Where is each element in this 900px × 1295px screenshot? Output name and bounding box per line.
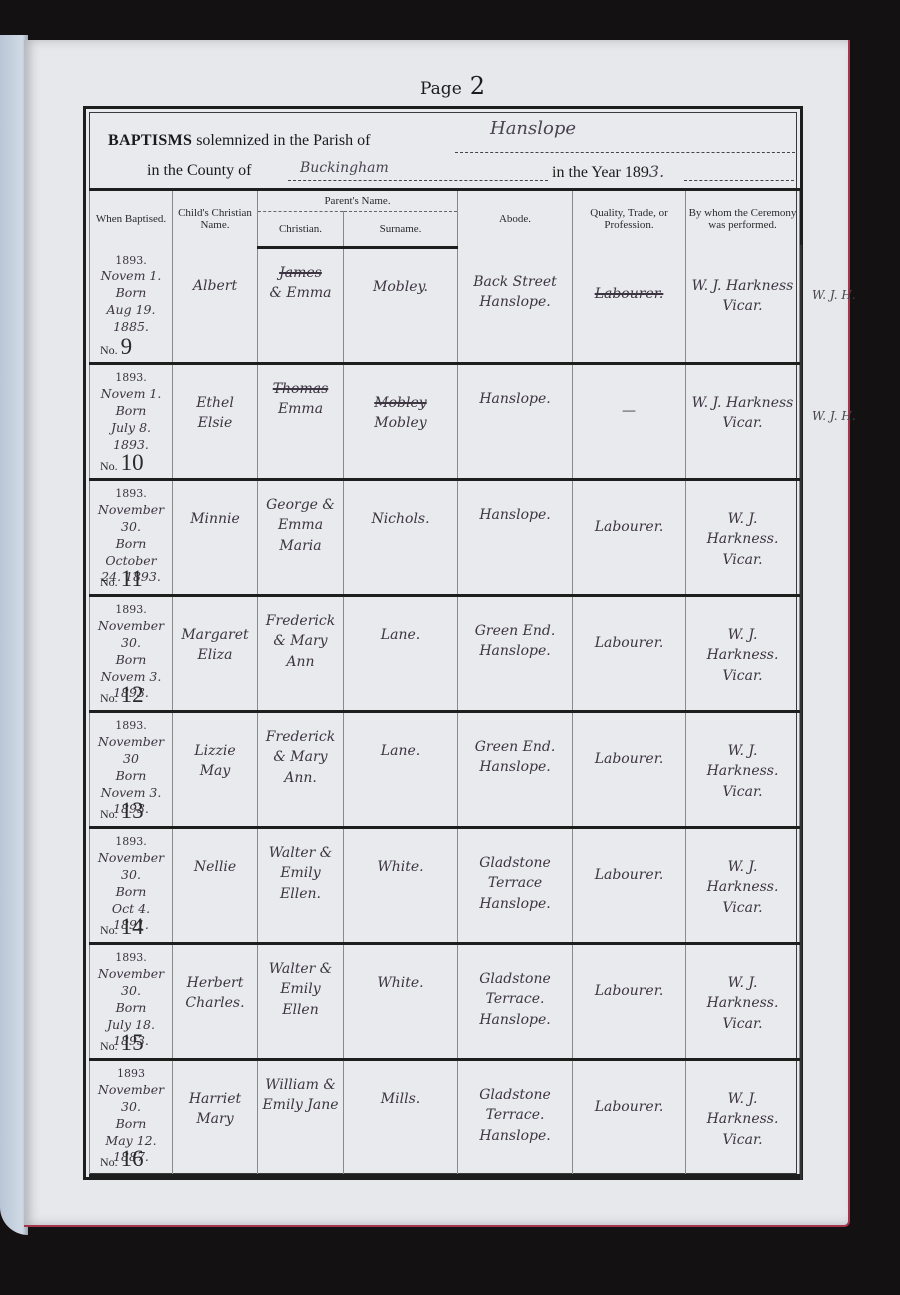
quality-cell: Labourer.	[573, 1060, 686, 1176]
register-entry-row: 1893. Novem 1. Born July 8. 1893. No.10 …	[90, 364, 800, 480]
col-parent-surname: Surname.	[344, 212, 458, 248]
quality-cell: Labourer.	[573, 480, 686, 596]
entry-number-value: 14	[121, 914, 144, 939]
quality-value: Labourer.	[595, 751, 664, 767]
entry-number-value: 13	[121, 798, 144, 823]
born-label: Born	[116, 652, 147, 667]
entry-number-label: No.	[100, 1039, 118, 1053]
col-by-whom: By whom the Ceremony was performed.	[686, 190, 800, 248]
officiant-cell: W. J. Harkness Vicar.	[686, 364, 800, 480]
baptism-year: 1893.	[115, 487, 147, 500]
officiant: W. J. Harkness. Vicar.	[690, 857, 795, 918]
birth-date: Aug 19. 1885.	[107, 302, 156, 334]
page-number-value: 2	[470, 72, 485, 100]
parent-surname: Lane.	[381, 627, 420, 643]
parish-value: Hanslope	[490, 118, 576, 139]
parent-surname-cell: Mobley.	[344, 248, 458, 364]
parent-surname: White.	[377, 859, 423, 875]
child-name: Minnie	[177, 509, 253, 529]
officiant-cell: W. J. Harkness. Vicar.	[686, 1060, 800, 1176]
title-parish-prefix: solemnized in the Parish of	[196, 132, 370, 149]
entry-number: No.10	[100, 450, 144, 476]
margin-initials: W. J. H.	[812, 288, 856, 302]
register-entry-row: 1893. November 30. Born July 18. 1893. N…	[90, 944, 800, 1060]
struck-quality: Labourer.	[595, 286, 664, 302]
officiant: W. J. Harkness Vicar.	[690, 276, 795, 317]
quality-cell: Labourer.	[573, 712, 686, 828]
child-name: Albert	[177, 276, 253, 296]
entry-number-value: 10	[121, 450, 144, 475]
baptism-date: November 30.	[98, 850, 164, 882]
col-parents-name: Parent's Name.	[258, 190, 458, 212]
entry-number-value: 15	[121, 1030, 144, 1055]
child-name-cell: Nellie	[173, 828, 258, 944]
child-name-cell: Margaret Eliza	[173, 596, 258, 712]
officiant: W. J. Harkness. Vicar.	[690, 625, 795, 686]
entry-number-value: 16	[121, 1146, 144, 1171]
parent-christian-names: Frederick & Mary Ann	[266, 613, 335, 670]
entry-number: No.9	[100, 334, 132, 360]
register-entry-row: 1893. November 30. Born Oct 4. 1891. No.…	[90, 828, 800, 944]
parent-christian-cell: Walter & Emily Ellen.	[258, 828, 344, 944]
abode-cell: Hanslope.	[458, 480, 573, 596]
child-name-cell: Harriet Mary	[173, 1060, 258, 1176]
baptism-date: Novem 1.	[101, 268, 162, 283]
year-label: in the Year 1893.	[552, 162, 664, 182]
child-name: Ethel Elsie	[177, 393, 253, 434]
officiant-cell: W. J. Harkness. Vicar.	[686, 480, 800, 596]
abode-cell: Hanslope.	[458, 364, 573, 480]
entry-number-label: No.	[100, 691, 118, 705]
baptism-year: 1893	[117, 1067, 145, 1080]
child-name-cell: Albert	[173, 248, 258, 364]
parent-surname: Mobley	[374, 415, 426, 431]
col-abode: Abode.	[458, 190, 573, 248]
parent-christian-names: & Emma	[269, 285, 331, 301]
officiant: W. J. Harkness. Vicar.	[690, 741, 795, 802]
quality-value: Labourer.	[595, 867, 664, 883]
entry-number-label: No.	[100, 923, 118, 937]
officiant-cell: W. J. Harkness Vicar.	[686, 248, 800, 364]
abode: Hanslope.	[462, 505, 568, 525]
baptism-year: 1893.	[115, 254, 147, 267]
parent-surname-cell: Lane.	[344, 596, 458, 712]
abode: Green End. Hanslope.	[462, 621, 568, 662]
col-when-baptised: When Baptised.	[90, 190, 173, 248]
quality-cell: Labourer.	[573, 944, 686, 1060]
margin-initials: W. J. H.	[812, 409, 856, 423]
when-baptised-cell: 1893 November 30. Born May 12. 1887. No.…	[90, 1060, 173, 1176]
parent-christian-cell: Walter & Emily Ellen	[258, 944, 344, 1060]
when-baptised-cell: 1893. November 30. Born Oct 4. 1891. No.…	[90, 828, 173, 944]
parent-surname: Lane.	[381, 743, 420, 759]
col-parent-christian: Christian.	[258, 212, 344, 248]
quality-cell: —	[573, 364, 686, 480]
entry-number-label: No.	[100, 459, 118, 473]
abode-cell: Green End. Hanslope.	[458, 712, 573, 828]
baptism-year: 1893.	[115, 371, 147, 384]
col-child-name: Child's Christian Name.	[173, 190, 258, 248]
parent-christian-names: William & Emily Jane	[262, 1077, 338, 1113]
parent-christian-cell: Frederick & Mary Ann.	[258, 712, 344, 828]
entry-number: No.11	[100, 566, 143, 592]
abode: Gladstone Terrace. Hanslope.	[462, 969, 568, 1030]
quality-cell: Labourer.	[573, 596, 686, 712]
title-county-prefix: in the County of	[147, 162, 251, 179]
register-title: BAPTISMS	[108, 132, 192, 149]
entry-number: No.15	[100, 1030, 144, 1056]
officiant: W. J. Harkness Vicar.	[690, 393, 795, 434]
struck-parent-christian: Thomas	[273, 381, 329, 397]
parish-blank	[455, 152, 795, 153]
entry-number-label: No.	[100, 343, 118, 357]
child-name-cell: Ethel Elsie	[173, 364, 258, 480]
parent-surname-cell: MobleyMobley	[344, 364, 458, 480]
baptism-date: November 30	[98, 734, 164, 766]
when-baptised-cell: 1893. November 30. Born Novem 3. 1893. N…	[90, 596, 173, 712]
when-baptised-cell: 1893. November 30. Born July 18. 1893. N…	[90, 944, 173, 1060]
born-label: Born	[116, 536, 147, 551]
abode: Gladstone Terrace Hanslope.	[462, 853, 568, 914]
baptism-date: November 30.	[98, 966, 164, 998]
parent-christian-cell: George & Emma Maria	[258, 480, 344, 596]
register-entry-row: 1893. November 30 Born Novem 3. 1893. No…	[90, 712, 800, 828]
parent-surname: Mobley.	[373, 279, 428, 295]
margin-rule	[800, 245, 802, 1180]
page-number: Page2	[420, 72, 485, 100]
quality-value: Labourer.	[595, 635, 664, 651]
entry-number-value: 12	[121, 682, 144, 707]
child-name: Herbert Charles.	[177, 973, 253, 1014]
abode: Green End. Hanslope.	[462, 737, 568, 778]
born-label: Born	[116, 1116, 147, 1131]
born-label: Born	[116, 884, 147, 899]
parent-surname-cell: White.	[344, 828, 458, 944]
child-name: Nellie	[177, 857, 253, 877]
child-name-cell: Lizzie May	[173, 712, 258, 828]
parent-surname: Nichols.	[371, 511, 429, 527]
year-prefix: in the Year 189	[552, 164, 649, 181]
abode-cell: Back Street Hanslope.	[458, 248, 573, 364]
parent-christian-cell: ThomasEmma	[258, 364, 344, 480]
quality-value: —	[622, 403, 636, 419]
entry-number-label: No.	[100, 807, 118, 821]
baptism-date: Novem 1.	[101, 386, 162, 401]
year-blank	[684, 180, 794, 181]
parent-christian-cell: James& Emma	[258, 248, 344, 364]
birth-date: July 8. 1893.	[111, 420, 151, 452]
county-value: Buckingham	[300, 160, 389, 176]
entry-number-label: No.	[100, 1155, 118, 1169]
entry-number: No.16	[100, 1146, 144, 1172]
struck-parent-christian: James	[279, 265, 322, 281]
register-entry-row: 1893. November 30. Born October 24. 1893…	[90, 480, 800, 596]
when-baptised-cell: 1893. Novem 1. Born Aug 19. 1885. No.9	[90, 248, 173, 364]
born-label: Born	[116, 1000, 147, 1015]
register-entry-row: 1893 November 30. Born May 12. 1887. No.…	[90, 1060, 800, 1176]
born-label: Born	[116, 285, 147, 300]
parent-surname: Mills.	[381, 1091, 420, 1107]
abode-cell: Green End. Hanslope.	[458, 596, 573, 712]
register-title-line-1: BAPTISMS solemnized in the Parish of	[108, 132, 370, 150]
entry-number-value: 9	[121, 334, 133, 359]
abode: Gladstone Terrace. Hanslope.	[462, 1085, 568, 1146]
parent-surname-cell: Nichols.	[344, 480, 458, 596]
register-title-line-2: in the County of	[147, 162, 251, 180]
child-name-cell: Minnie	[173, 480, 258, 596]
baptism-year: 1893.	[115, 603, 147, 616]
parent-christian-cell: William & Emily Jane	[258, 1060, 344, 1176]
officiant: W. J. Harkness. Vicar.	[690, 1089, 795, 1150]
officiant-cell: W. J. Harkness. Vicar.	[686, 712, 800, 828]
officiant-cell: W. J. Harkness. Vicar.	[686, 828, 800, 944]
baptism-date: November 30.	[98, 1082, 164, 1114]
parent-surname-cell: Mills.	[344, 1060, 458, 1176]
officiant: W. J. Harkness. Vicar.	[690, 973, 795, 1034]
page-label: Page	[420, 79, 462, 99]
child-name: Harriet Mary	[177, 1089, 253, 1130]
baptism-register-table: When Baptised. Child's Christian Name. P…	[89, 188, 800, 1177]
baptism-date: November 30.	[98, 502, 164, 534]
register-entry-row: 1893. Novem 1. Born Aug 19. 1885. No.9 A…	[90, 248, 800, 364]
entry-number-value: 11	[121, 566, 143, 591]
abode: Back Street Hanslope.	[462, 272, 568, 313]
child-name: Lizzie May	[177, 741, 253, 782]
parent-surname-cell: Lane.	[344, 712, 458, 828]
baptism-year: 1893.	[115, 951, 147, 964]
struck-surname: Mobley	[374, 395, 426, 411]
entry-number: No.12	[100, 682, 144, 708]
abode-cell: Gladstone Terrace. Hanslope.	[458, 944, 573, 1060]
officiant-cell: W. J. Harkness. Vicar.	[686, 944, 800, 1060]
born-label: Born	[116, 768, 147, 783]
baptism-date: November 30.	[98, 618, 164, 650]
quality-value: Labourer.	[595, 1099, 664, 1115]
quality-cell: Labourer.	[573, 828, 686, 944]
quality-cell: Labourer.	[573, 248, 686, 364]
when-baptised-cell: 1893. November 30 Born Novem 3. 1893. No…	[90, 712, 173, 828]
abode-cell: Gladstone Terrace. Hanslope.	[458, 1060, 573, 1176]
parent-christian-names: Frederick & Mary Ann.	[266, 729, 335, 786]
when-baptised-cell: 1893. Novem 1. Born July 8. 1893. No.10	[90, 364, 173, 480]
abode: Hanslope.	[462, 389, 568, 409]
parent-christian-names: Walter & Emily Ellen.	[269, 845, 333, 902]
child-name: Margaret Eliza	[177, 625, 253, 666]
when-baptised-cell: 1893. November 30. Born October 24. 1893…	[90, 480, 173, 596]
parent-christian-names: Walter & Emily Ellen	[269, 961, 333, 1018]
officiant: W. J. Harkness. Vicar.	[690, 509, 795, 570]
abode-cell: Gladstone Terrace Hanslope.	[458, 828, 573, 944]
quality-value: Labourer.	[595, 519, 664, 535]
parent-surname-cell: White.	[344, 944, 458, 1060]
entry-number: No.13	[100, 798, 144, 824]
parent-christian-names: Emma	[278, 401, 323, 417]
year-suffix: 3.	[649, 162, 664, 181]
born-label: Born	[116, 403, 147, 418]
entry-number: No.14	[100, 914, 144, 940]
baptism-year: 1893.	[115, 719, 147, 732]
county-blank	[288, 180, 548, 181]
parent-surname: White.	[377, 975, 423, 991]
child-name-cell: Herbert Charles.	[173, 944, 258, 1060]
parent-christian-names: George & Emma Maria	[266, 497, 335, 554]
register-entry-row: 1893. November 30. Born Novem 3. 1893. N…	[90, 596, 800, 712]
quality-value: Labourer.	[595, 983, 664, 999]
baptism-year: 1893.	[115, 835, 147, 848]
col-quality: Quality, Trade, or Profession.	[573, 190, 686, 248]
entry-number-label: No.	[100, 575, 118, 589]
officiant-cell: W. J. Harkness. Vicar.	[686, 596, 800, 712]
parent-christian-cell: Frederick & Mary Ann	[258, 596, 344, 712]
